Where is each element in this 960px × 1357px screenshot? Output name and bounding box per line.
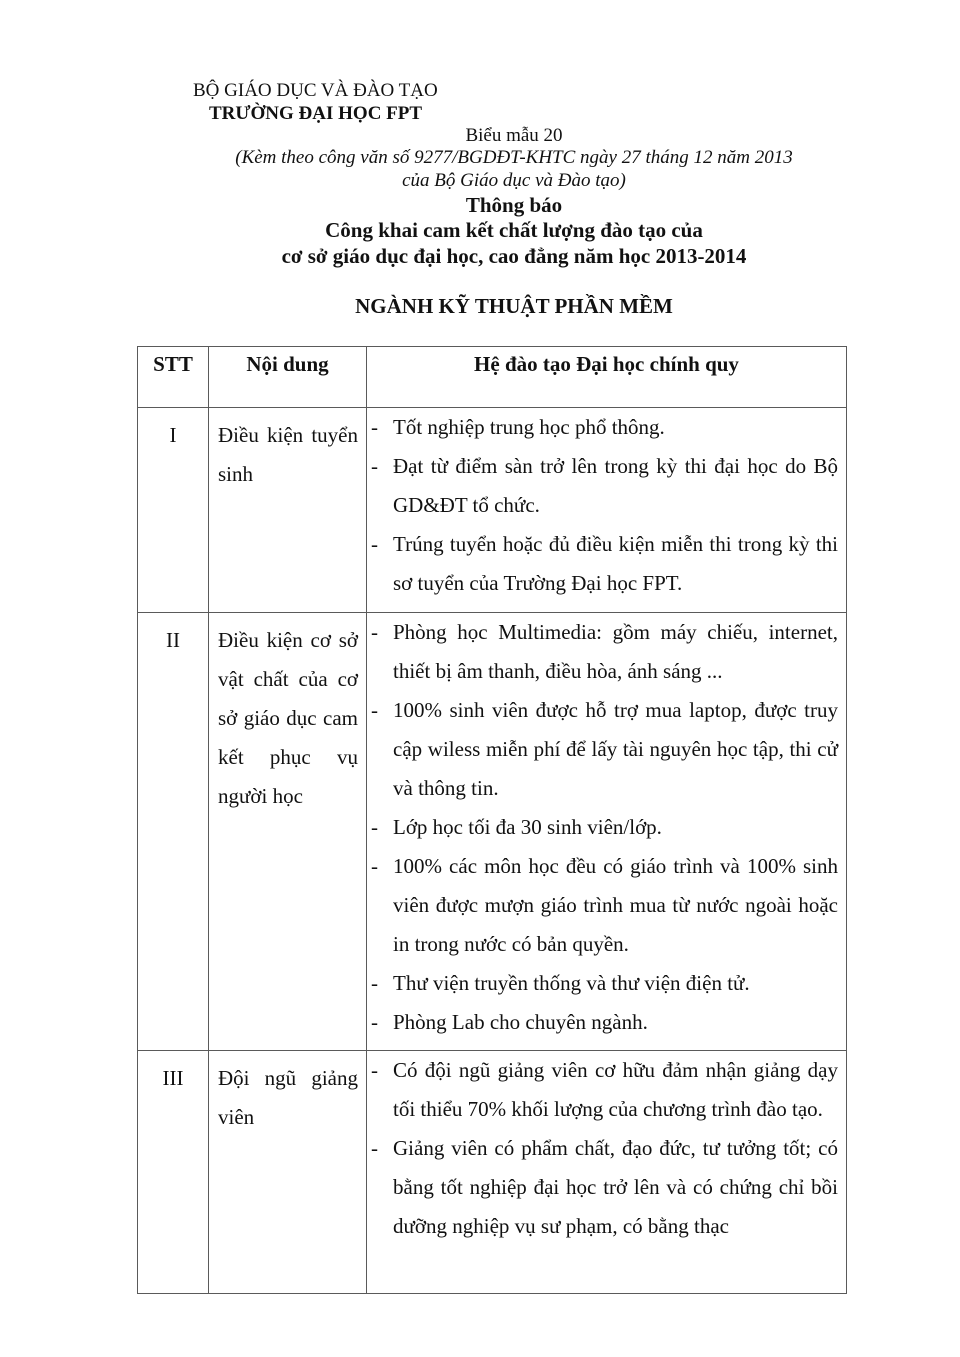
commitment-table: STT Nội dung Hệ đào tạo Đại học chính qu…: [137, 346, 847, 1294]
column-header-program: Hệ đào tạo Đại học chính quy: [367, 347, 847, 408]
ministry-name: BỘ GIÁO DỤC VÀ ĐÀO TẠO: [193, 79, 438, 102]
school-name: TRƯỜNG ĐẠI HỌC FPT: [209, 102, 422, 125]
document-title-line1: Công khai cam kết chất lượng đào tạo của: [0, 218, 960, 243]
table-header-row: STT Nội dung Hệ đào tạo Đại học chính qu…: [138, 347, 847, 408]
bullet-dash: -: [371, 964, 393, 1003]
bullet-dash: -: [371, 525, 393, 603]
bullet-dash: -: [371, 408, 393, 447]
bullet-dash: -: [371, 1051, 393, 1129]
attachment-note-line2: của Bộ Giáo dục và Đào tạo): [0, 169, 960, 192]
row-number: II: [138, 613, 209, 1051]
major-heading: NGÀNH KỸ THUẬT PHẦN MỀM: [0, 294, 960, 319]
table-row: III Đội ngũ giảng viên -Có đội ngũ giảng…: [138, 1051, 847, 1294]
row-content: Đội ngũ giảng viên: [209, 1051, 367, 1294]
bullet-dash: -: [371, 1129, 393, 1246]
row-details: -Phòng học Multimedia: gồm máy chiếu, in…: [367, 613, 847, 1051]
row-content: Điều kiện cơ sở vật chất của cơ sở giáo …: [209, 613, 367, 1051]
detail-item: -Phòng học Multimedia: gồm máy chiếu, in…: [371, 613, 838, 691]
detail-item: -Trúng tuyển hoặc đủ điều kiện miễn thi …: [371, 525, 838, 603]
table-row: II Điều kiện cơ sở vật chất của cơ sở gi…: [138, 613, 847, 1051]
detail-item: -Lớp học tối đa 30 sinh viên/lớp.: [371, 808, 838, 847]
row-content: Điều kiện tuyển sinh: [209, 408, 367, 613]
column-header-stt: STT: [138, 347, 209, 408]
detail-item: -Thư viện truyền thống và thư viện điện …: [371, 964, 838, 1003]
bullet-dash: -: [371, 447, 393, 525]
bullet-dash: -: [371, 808, 393, 847]
detail-item: -Đạt từ điểm sàn trở lên trong kỳ thi đạ…: [371, 447, 838, 525]
document-title-line2: cơ sở giáo dục đại học, cao đẳng năm học…: [0, 244, 960, 269]
row-number: III: [138, 1051, 209, 1294]
bullet-dash: -: [371, 691, 393, 808]
detail-item: -Phòng Lab cho chuyên ngành.: [371, 1003, 838, 1042]
bullet-dash: -: [371, 1003, 393, 1042]
bullet-dash: -: [371, 613, 393, 691]
column-header-content: Nội dung: [209, 347, 367, 408]
notice-heading: Thông báo: [0, 193, 960, 218]
bullet-dash: -: [371, 847, 393, 964]
detail-item: -100% các môn học đều có giáo trình và 1…: [371, 847, 838, 964]
detail-item: -Có đội ngũ giảng viên cơ hữu đảm nhận g…: [371, 1051, 838, 1129]
detail-item: -Tốt nghiệp trung học phổ thông.: [371, 408, 838, 447]
detail-item: -Giảng viên có phẩm chất, đạo đức, tư tư…: [371, 1129, 838, 1246]
attachment-note-line1: (Kèm theo công văn số 9277/BGDĐT-KHTC ng…: [0, 146, 960, 169]
detail-item: -100% sinh viên được hỗ trợ mua laptop, …: [371, 691, 838, 808]
table-row: I Điều kiện tuyển sinh -Tốt nghiệp trung…: [138, 408, 847, 613]
row-details: -Tốt nghiệp trung học phổ thông. -Đạt từ…: [367, 408, 847, 613]
row-number: I: [138, 408, 209, 613]
row-details: -Có đội ngũ giảng viên cơ hữu đảm nhận g…: [367, 1051, 847, 1294]
form-number: Biểu mẫu 20: [0, 124, 960, 147]
